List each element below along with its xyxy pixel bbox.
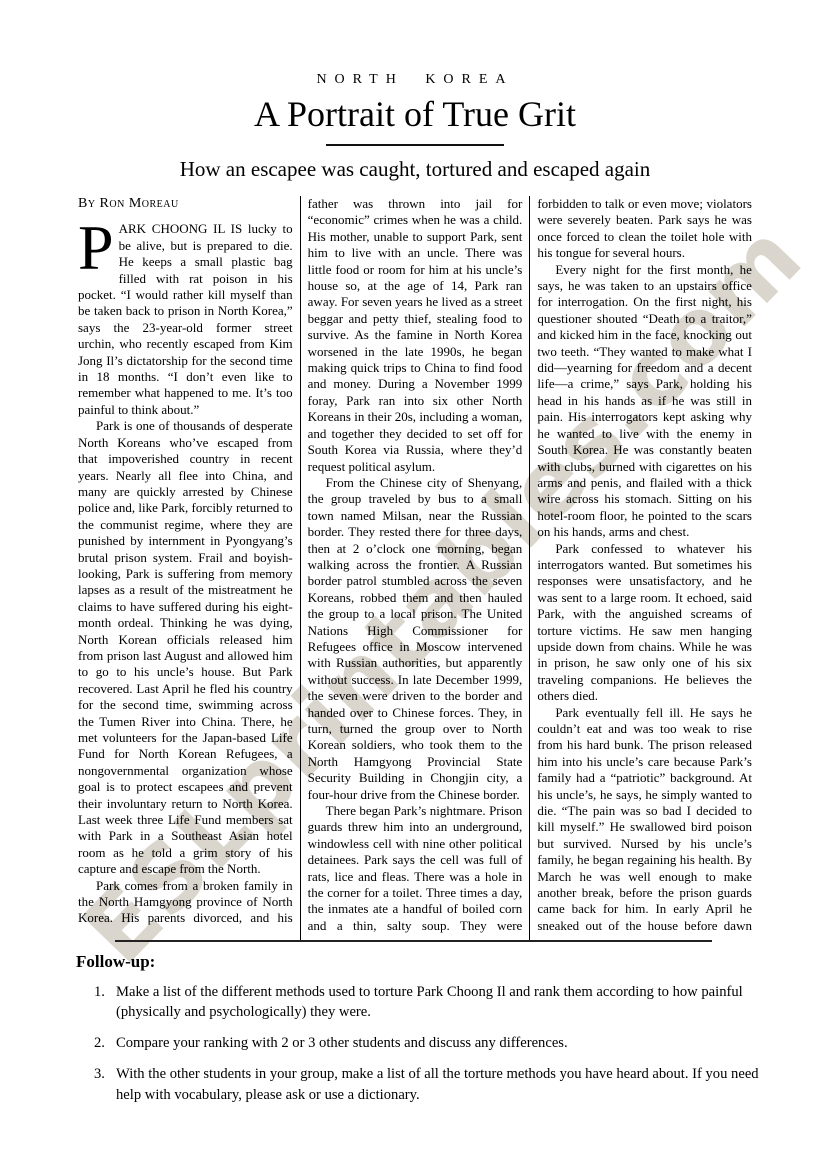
- article-header: NORTH KOREA A Portrait of True Grit How …: [78, 72, 752, 182]
- followup-item: 1. Make a list of the different methods …: [76, 982, 766, 1022]
- article-subtitle: How an escapee was caught, tortured and …: [78, 157, 752, 182]
- section-divider: [115, 940, 712, 942]
- article-paragraph: From the Chinese city of Shenyang, the g…: [308, 475, 523, 803]
- followup-item: 3. With the other students in your group…: [76, 1064, 766, 1104]
- followup-item: 2. Compare your ranking with 2 or 3 othe…: [76, 1033, 766, 1053]
- article-paragraph: Park is one of thousands of desperate No…: [78, 418, 293, 877]
- item-text: Make a list of the different methods use…: [116, 982, 766, 1022]
- followup-section: Follow-up: 1. Make a list of the differe…: [76, 952, 766, 1116]
- byline: By Ron Moreau: [78, 196, 293, 212]
- worksheet-page: ESLprintables.com NORTH KOREA A Portrait…: [0, 0, 826, 1169]
- followup-list: 1. Make a list of the different methods …: [76, 982, 766, 1105]
- title-rule: [326, 144, 504, 146]
- item-text: Compare your ranking with 2 or 3 other s…: [116, 1033, 766, 1053]
- item-text: With the other students in your group, m…: [116, 1064, 766, 1104]
- item-number: 2.: [94, 1033, 116, 1053]
- article-paragraph-lead: PARK CHOONG IL IS lucky to be alive, but…: [78, 221, 293, 418]
- item-number: 1.: [94, 982, 116, 1022]
- section-kicker: NORTH KOREA: [78, 72, 752, 88]
- followup-heading: Follow-up:: [76, 952, 766, 972]
- article-paragraph: Every night for the first month, he says…: [537, 262, 752, 541]
- article-body: By Ron Moreau PARK CHOONG IL IS lucky to…: [78, 196, 752, 942]
- drop-cap: P: [78, 221, 119, 283]
- article-title: A Portrait of True Grit: [78, 95, 752, 135]
- item-number: 3.: [94, 1064, 116, 1104]
- article-paragraph: Park confessed to whatever his interroga…: [537, 541, 752, 705]
